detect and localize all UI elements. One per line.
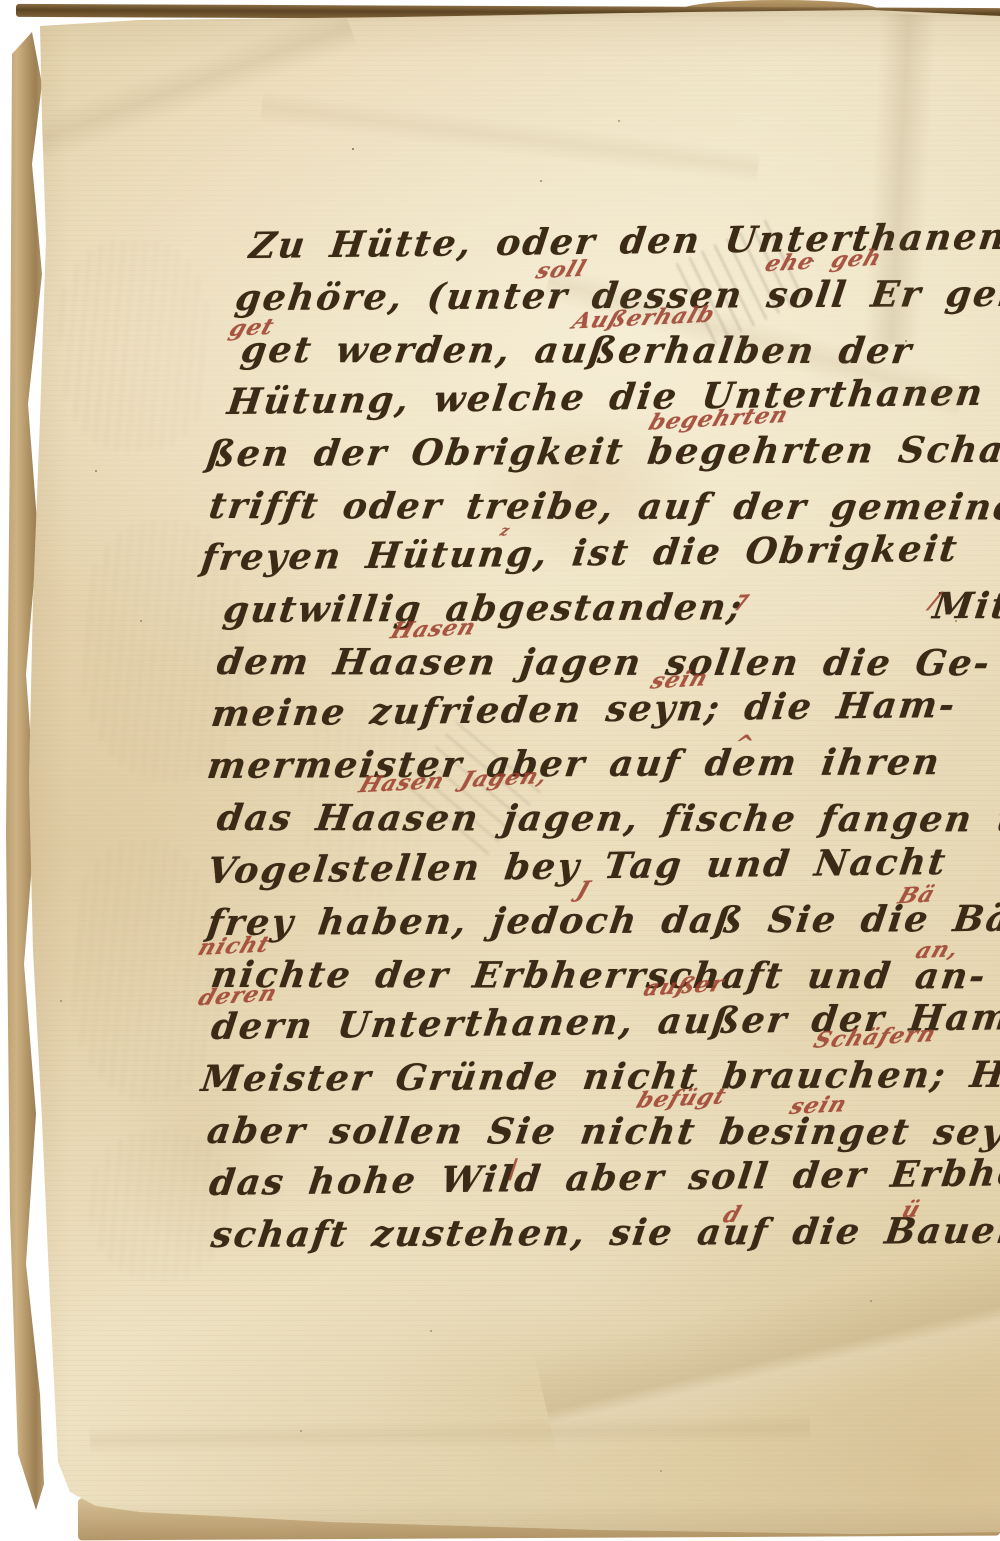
- manuscript-line: freyen Hütung, ist die Obrigkeit: [199, 531, 960, 576]
- manuscript-line: meine zufrieden seyn; die Ham-sein: [209, 687, 958, 732]
- manuscript-line: Zu Hütte, oder den Unterthanen: [247, 219, 1000, 264]
- manuscript-line-text: dem Haasen jagen sollen die Ge-: [214, 641, 993, 684]
- paper-specks: [0, 0, 2, 2]
- manuscript-line: Hütung, welche die Unterthanen haben,: [225, 373, 1000, 420]
- manuscript-page: Zu Hütte, oder den Unterthanengehöre, (u…: [0, 0, 1000, 1541]
- red-ink-annotation: ehe geh: [762, 247, 885, 276]
- red-ink-annotation: befügt: [634, 1085, 729, 1111]
- red-ink-annotation: deren: [196, 982, 281, 1009]
- red-ink-annotation: nicht: [195, 933, 273, 958]
- manuscript-line-text: das Haasen jagen, fische fangen und: [214, 797, 1000, 841]
- manuscript-line: das Haasen jagen, fische fangen undHasen…: [215, 800, 1000, 838]
- manuscript-line: get werden, außerhalben dergetAußerhalb: [239, 332, 916, 369]
- red-ink-annotation: an,: [913, 938, 962, 962]
- red-ink-annotation: sein: [648, 667, 711, 693]
- manuscript-line: schaft zustehen, sie auf die Bauer-dü: [209, 1213, 1000, 1253]
- manuscript-line-text: schaft zustehen, sie auf die Bauer-: [209, 1210, 1000, 1256]
- manuscript-line-text: frey haben, jedoch daß Sie die Bär-: [205, 898, 1000, 944]
- red-ink-annotation: außer: [641, 973, 727, 1000]
- red-ink-annotation: sein: [787, 1093, 850, 1118]
- manuscript-line-text: meine zufrieden seyn; die Ham-: [209, 684, 959, 735]
- manuscript-line-text: nichte der Erbherrschaft und an-: [208, 954, 989, 997]
- manuscript-line-text: get werden, außerhalben der: [238, 329, 915, 372]
- manuscript-line-text: das hohe Wild aber soll der Erbherr-: [207, 1151, 1000, 1204]
- manuscript-line-text: Vogelstellen bey Tag und Nacht: [205, 841, 950, 892]
- manuscript-line: Meister Gründe nicht brauchen; HirtenSch…: [199, 1056, 1000, 1097]
- manuscript-line-text: mermeister aber auf dem ihren: [205, 741, 944, 787]
- manuscript-line: gutwillig abgestanden; Mit ist⁊/: [221, 587, 1000, 628]
- manuscript-line-text: freyen Hütung, ist die Obrigkeit: [199, 528, 961, 579]
- manuscript-line-text: ßen der Obrigkeit begehrten Schaf-: [205, 429, 1000, 475]
- manuscript-line: frey haben, jedoch daß Sie die Bär-JBä: [205, 901, 1000, 941]
- manuscript-line-text: gutwillig abgestanden; Mit ist: [221, 584, 1000, 631]
- red-ink-annotation: Außerhalb: [570, 304, 718, 333]
- manuscript-line-text: Hütung, welche die Unterthanen haben,: [225, 370, 1000, 423]
- manuscript-line: aber sollen Sie nicht besinget seyn;befü…: [205, 1113, 1000, 1150]
- manuscript-line-text: trifft oder treibe, auf der gemeinen: [206, 485, 1000, 528]
- manuscript-line: trifft oder treibe, auf der gemeinenz: [207, 488, 1000, 525]
- red-ink-annotation: soll: [533, 258, 589, 283]
- manuscript-line-text: Meister Gründe nicht brauchen; Hirten: [199, 1053, 1000, 1100]
- manuscript-line: mermeister aber auf dem ihren^: [205, 744, 943, 784]
- red-ink-annotation: get: [227, 316, 278, 340]
- manuscript-line: nichte der Erbherrschaft und an-nichtan,: [209, 957, 989, 994]
- red-ink-annotation: Schäfern: [811, 1023, 939, 1052]
- manuscript-text-block: Zu Hütte, oder den Unterthanengehöre, (u…: [0, 0, 1000, 1541]
- red-ink-annotation: Hasen: [388, 616, 479, 642]
- manuscript-line: Vogelstellen bey Tag und Nacht: [205, 844, 949, 889]
- manuscript-line-text: Zu Hütte, oder den Unterthanen: [247, 216, 1000, 267]
- manuscript-line-text: aber sollen Sie nicht besinget seyn;: [204, 1110, 1000, 1153]
- manuscript-line: ßen der Obrigkeit begehrten Schaf-begehr…: [205, 432, 1000, 472]
- manuscript-line: das hohe Wild aber soll der Erbherr-|: [207, 1154, 1000, 1201]
- manuscript-scan: Zu Hütte, oder den Unterthanengehöre, (u…: [0, 0, 1000, 1541]
- manuscript-line: dem Haasen jagen sollen die Ge-Hasen: [215, 644, 994, 681]
